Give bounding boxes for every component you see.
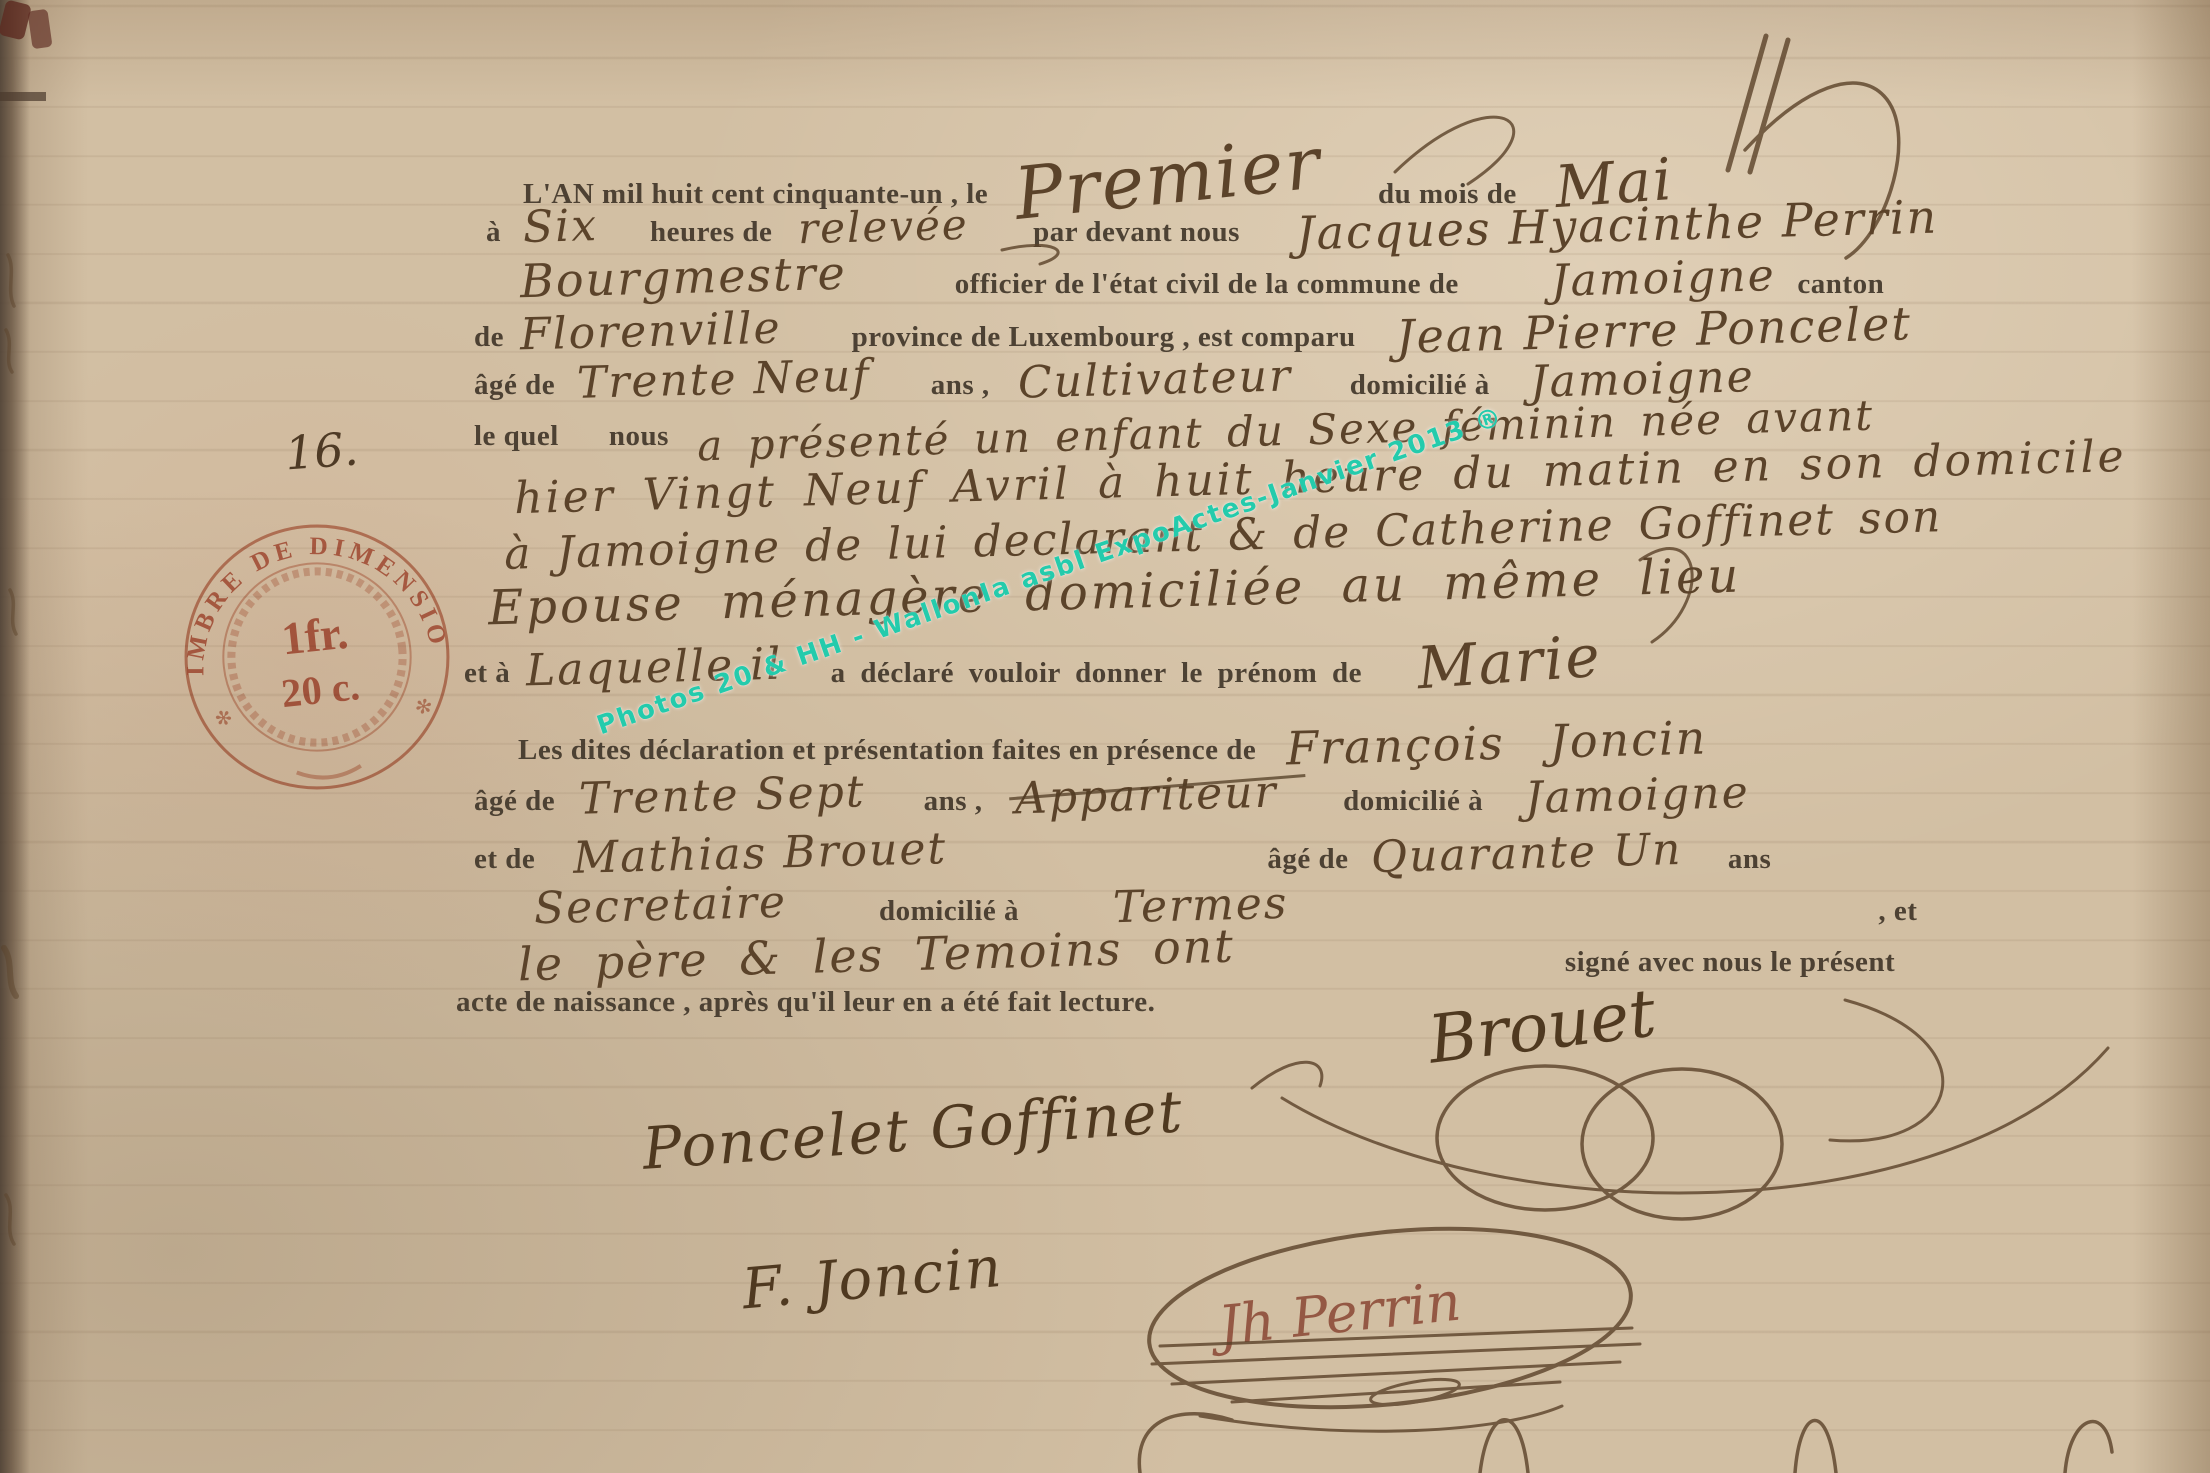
paraph-stroke (1750, 40, 1788, 172)
perrin-hatch (1232, 1382, 1560, 1402)
handwritten-line-mother-details: Epouse ménagère domiciliée au même lieu (488, 564, 1741, 620)
printed-text: âgé de (474, 369, 555, 402)
stamp-ornament-right: ✻ (413, 695, 434, 720)
handwritten-profession: Cultivateur (1017, 350, 1292, 408)
form-line-signatures-intro: le père & les Temoins ont signé avec nou… (518, 928, 1895, 982)
form-line-hour-officer: à Six heures de relevée par devant nous … (486, 198, 1938, 252)
cutoff-stroke (1480, 1420, 1528, 1473)
cutoff-stroke (1139, 1414, 1232, 1473)
form-line-witness1-details: âgé de Trente Sept ans , Appariteur domi… (474, 770, 1750, 821)
printed-text: province de Luxembourg , est comparu (852, 321, 1356, 354)
handwritten-title: Bourgmestre (519, 246, 847, 309)
printed-text: à (486, 216, 501, 249)
handwritten-commune: Jamoigne (1550, 250, 1776, 307)
handwritten-child-name: Marie (1415, 622, 1604, 703)
handwritten-text: le père & les Temoins ont (517, 919, 1235, 992)
handwritten-canton: Florenville (519, 303, 782, 361)
stamp-value-francs: 1fr. (279, 608, 350, 666)
form-line-witness2: et de Mathias Brouet âgé de Quarante Un … (474, 828, 1771, 879)
edge-ink-bar (0, 92, 46, 101)
brouet-curl (1830, 1000, 1943, 1141)
printed-text: et à (464, 657, 510, 690)
birth-act-scan: L'AN mil huit cent cinquante-un , le Pre… (0, 0, 2210, 1473)
signature-brouet: Brouet (1424, 974, 1660, 1078)
printed-text: heures de (650, 216, 772, 249)
paraph-stroke (1728, 36, 1766, 170)
handwritten-profession: Secretaire (533, 877, 787, 935)
handwritten-text: relevée (798, 200, 970, 253)
binding-edge (0, 0, 30, 1473)
small-oval-flourish (1369, 1374, 1461, 1409)
printed-text: de (474, 321, 504, 354)
handwritten-profession: Appariteur (1014, 767, 1278, 825)
stamp-ornament-left: ✻ (212, 705, 237, 732)
brouet-hook (1252, 1062, 1322, 1088)
printed-text: Les dites déclaration et présentation fa… (518, 734, 1256, 767)
form-line-witness1: Les dites déclaration et présentation fa… (518, 716, 1707, 770)
printed-text: âgé de (474, 785, 555, 818)
form-line-declarant: de Florenville province de Luxembourg , … (474, 303, 1912, 357)
perrin-hatch (1172, 1362, 1620, 1384)
printed-text: acte de naissance , après qu'il leur en … (456, 986, 1155, 1019)
printed-text: domicilié à (879, 895, 1019, 928)
cutoff-stroke (1795, 1420, 1836, 1473)
printed-text: par devant nous (1033, 216, 1240, 249)
handwritten-witness2-name: Mathias Brouet (573, 823, 948, 884)
form-line-firstname: et à Laquelle il a déclaré vouloir donne… (464, 628, 1602, 696)
dimension-revenue-stamp: TIMBRE DE DIMENSION 1fr. 20 c. ✻ ✻ (162, 502, 472, 812)
printed-text: et de (474, 843, 535, 876)
brouet-loop (1437, 1066, 1653, 1210)
printed-text: ans , (931, 369, 990, 402)
cutoff-stroke (2065, 1422, 2112, 1473)
brouet-sweep (1282, 1048, 2108, 1193)
printed-text: domicilié à (1343, 785, 1483, 818)
signature-poncelet-goffinet: Poncelet Goffinet (640, 1077, 1186, 1183)
printed-text: ans (1728, 843, 1771, 876)
handwritten-age: Trente Sept (579, 766, 867, 824)
printed-text: signé avec nous le présent (1565, 946, 1895, 979)
printed-text: canton (1797, 268, 1884, 301)
handwritten-hour: Six (522, 200, 598, 253)
form-line-declarant-details: âgé de Trente Neuf ans , Cultivateur dom… (474, 354, 1754, 405)
handwritten-domicile: Jamoigne (1524, 767, 1750, 824)
printed-text: , et (1878, 895, 1917, 928)
act-margin-number: 16. (283, 422, 360, 481)
printed-text: ans , (924, 785, 983, 818)
corner-ink-mark (27, 9, 52, 49)
printed-text: officier de l'état civil de la commune d… (955, 268, 1459, 301)
form-line-commune: Bourgmestre officier de l'état civil de … (520, 250, 1884, 304)
printed-text: domicilié à (1350, 369, 1490, 402)
printed-text: a déclaré vouloir donner le prénom de (831, 657, 1362, 690)
stamp-value-centimes: 20 c. (279, 663, 362, 716)
stamp-bow (297, 766, 362, 781)
brouet-loop (1582, 1069, 1782, 1219)
printed-text: âgé de (1267, 843, 1348, 876)
handwritten-age: Quarante Un (1370, 824, 1683, 883)
page-right-shade (2132, 0, 2210, 1473)
printed-text: nous (609, 420, 669, 453)
printed-text: le quel (474, 420, 559, 453)
signature-joncin: F. Joncin (740, 1235, 1006, 1323)
handwritten-witness1-name: François Joncin (1286, 710, 1708, 775)
perrin-underline (1200, 1406, 1562, 1431)
handwritten-age: Trente Neuf (577, 350, 872, 409)
signature-perrin: Jh Perrin (1215, 1269, 1463, 1357)
form-line-lecture: acte de naissance , après qu'il leur en … (456, 986, 1155, 1019)
